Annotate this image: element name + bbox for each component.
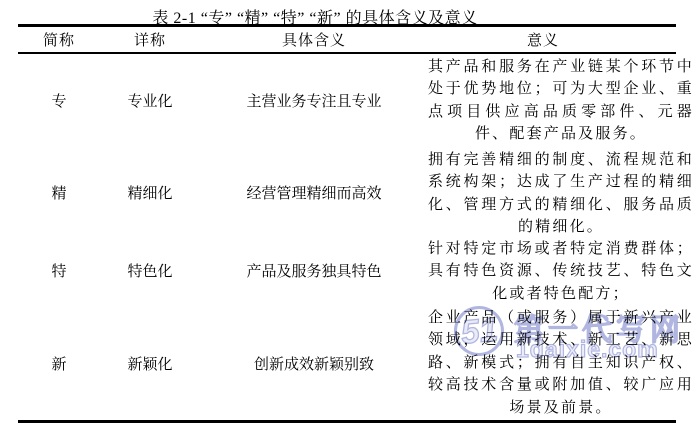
document-page: 表 2-1 “专” “精” “特” “新” 的具体含义及意义 简称 详称 具体含… — [0, 0, 694, 433]
table-bottom-border — [18, 420, 676, 423]
table-top-border — [18, 24, 676, 27]
meaning-cell: 主营业务专注且专业 — [200, 54, 428, 147]
full-name-cell: 新颖化 — [100, 305, 200, 421]
table-row: 精精细化经营管理精细而高效拥有完善精细的制度、流程规范和系统构架；达成了生产过程… — [0, 147, 694, 236]
table-row: 新新颖化创新成效新颖别致企业产品（或服务）属于新兴产业领域，运用新技术、新工艺、… — [0, 305, 694, 421]
abbr-cell: 特 — [18, 236, 100, 305]
header-abbr: 简称 — [18, 28, 100, 51]
table-row: 专专业化主营业务专注且专业其产品和服务在产业链某个环节中处于优势地位；可为大型企… — [0, 54, 694, 147]
full-name-cell: 特色化 — [100, 236, 200, 305]
table-rows: 专专业化主营业务专注且专业其产品和服务在产业链某个环节中处于优势地位；可为大型企… — [0, 54, 694, 421]
table-header-row: 简称 详称 具体含义 意义 — [18, 28, 694, 51]
full-name-cell: 专业化 — [100, 54, 200, 147]
table-row: 特特色化产品及服务独具特色针对特定市场或者特定消费群体；具有特色资源、传统技艺、… — [0, 236, 694, 305]
abbr-cell: 专 — [18, 54, 100, 147]
header-full-name: 详称 — [100, 28, 200, 51]
header-significance: 意义 — [428, 28, 694, 51]
significance-cell: 拥有完善精细的制度、流程规范和系统构架；达成了生产过程的精细化、管理方式的精细化… — [428, 147, 694, 239]
significance-cell: 其产品和服务在产业链某个环节中处于优势地位；可为大型企业、重点项目供应高品质零部… — [428, 54, 694, 147]
meaning-cell: 创新成效新颖别致 — [200, 305, 428, 421]
meaning-cell: 经营管理精细而高效 — [200, 147, 428, 239]
header-meaning: 具体含义 — [200, 28, 428, 51]
full-name-cell: 精细化 — [100, 147, 200, 239]
significance-cell: 针对特定市场或者特定消费群体；具有特色资源、传统技艺、特色文化或者特色配方； — [428, 236, 694, 305]
abbr-cell: 新 — [18, 305, 100, 421]
significance-cell: 企业产品（或服务）属于新兴产业领域，运用新技术、新工艺、新思路、新模式；拥有自主… — [428, 305, 694, 421]
meaning-cell: 产品及服务独具特色 — [200, 236, 428, 305]
abbr-cell: 精 — [18, 147, 100, 239]
